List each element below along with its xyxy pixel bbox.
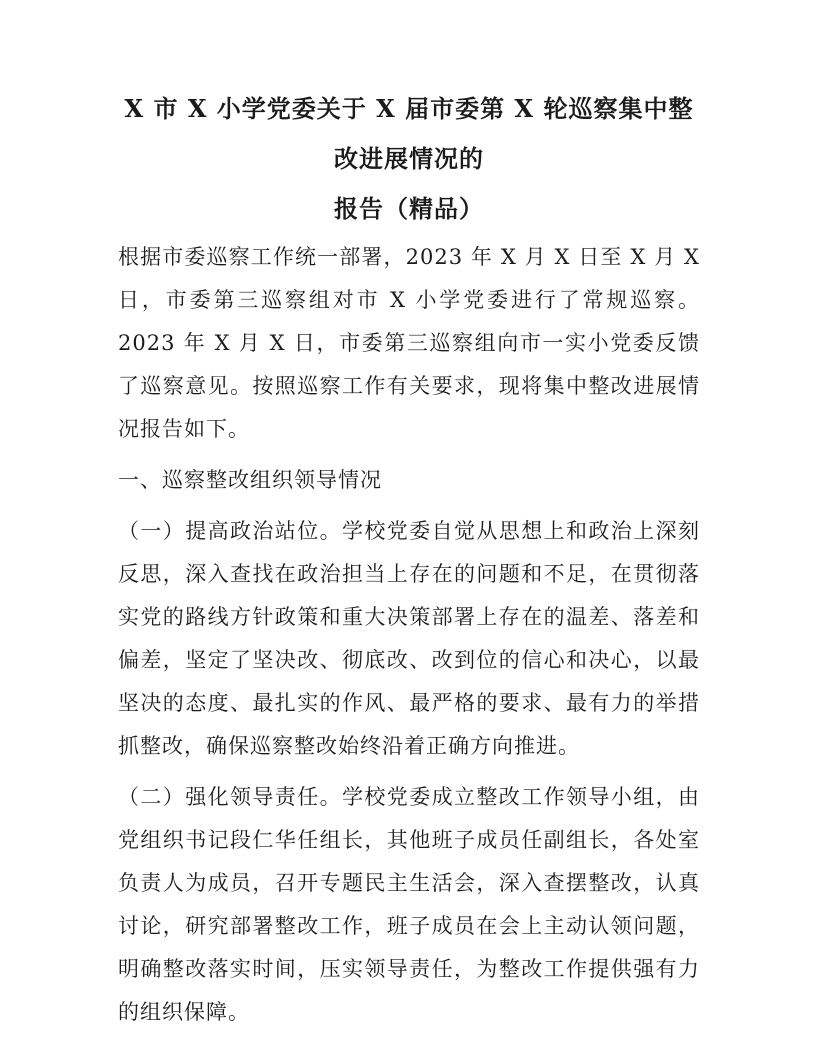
document-title: X 市 X 小学党委关于 X 届市委第 X 轮巡察集中整改进展情况的 报告（精品…: [118, 84, 700, 234]
document-title-line2: 报告（精品）: [118, 184, 700, 234]
paragraph-intro: 根据市委巡察工作统一部署，2023 年 X 月 X 日至 X 月 X 日，市委第…: [118, 236, 700, 451]
paragraph-item-2: （二）强化领导责任。学校党委成立整改工作领导小组，由党组织书记段仁华任组长，其他…: [118, 776, 700, 1034]
section-heading-1: 一、巡察整改组织领导情况: [118, 459, 700, 502]
document-title-line1: X 市 X 小学党委关于 X 届市委第 X 轮巡察集中整改进展情况的: [118, 84, 700, 184]
document-page: X 市 X 小学党委关于 X 届市委第 X 轮巡察集中整改进展情况的 报告（精品…: [0, 0, 816, 1056]
paragraph-item-1: （一）提高政治站位。学校党委自觉从思想上和政治上深刻反思，深入查找在政治担当上存…: [118, 510, 700, 768]
